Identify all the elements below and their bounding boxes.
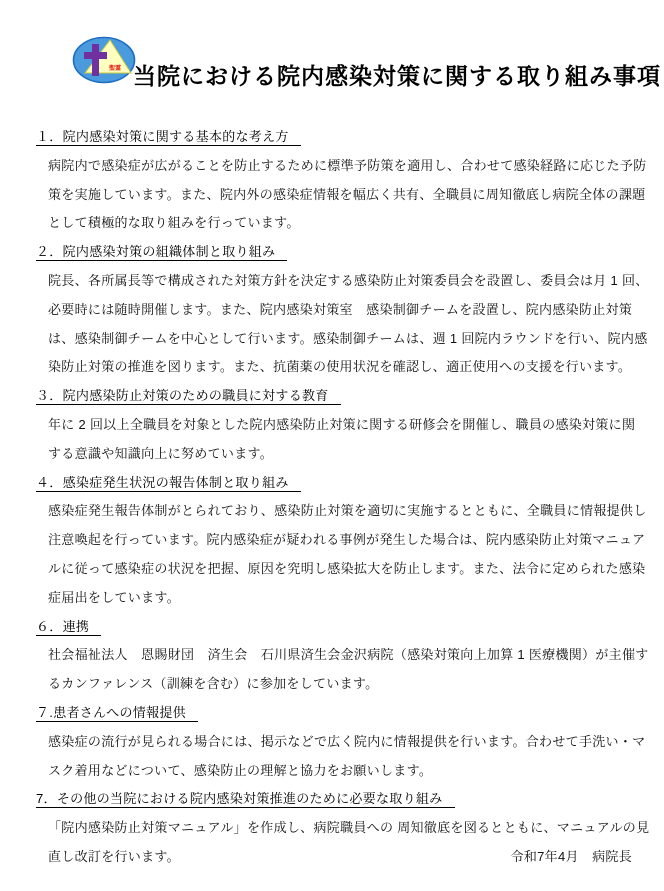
section-cooperation: ６．連携 社会福祉法人 恩賜財団 済生会 石川県済生会金沢病院（感染対策向上加算…	[48, 613, 634, 699]
body-line: 感染症発生報告体制がとられており、感染防止対策を適切に実施するとともに、全職員に…	[48, 497, 634, 526]
section-other-measures: 7．その他の当院における院内感染対策推進のために必要な取り組み 「院内感染防止対…	[48, 785, 634, 871]
section-organization: ２．院内感染対策の組織体制と取り組み 院長、各所属長等で構成された対策方針を決定…	[48, 238, 634, 382]
section-heading-text: ７.患者さんへの情報提供	[36, 705, 198, 722]
section-heading: ６．連携	[36, 613, 634, 642]
section-heading-text: ６．連携	[36, 619, 101, 636]
section-heading-text: ２．院内感染対策の組織体制と取り組み	[36, 244, 287, 261]
section-heading: ２．院内感染対策の組織体制と取り組み	[36, 238, 634, 267]
section-staff-education: ３．院内感染防止対策のための職員に対する教育 年に 2 回以上全職員を対象とした…	[48, 382, 634, 468]
section-heading-text: １．院内感染対策に関する基本的な考え方	[36, 129, 301, 146]
section-heading-text: ４．感染症発生状況の報告体制と取り組み	[36, 475, 301, 492]
body-line: 感染症の流行が見られる場合には、掲示などで広く院内に情報提供を行います。合わせて…	[48, 728, 634, 757]
body-line: ルに従って感染症の状況を把握、原因を究明し感染拡大を防止します。また、法令に定め…	[48, 555, 634, 584]
section-basic-policy: １．院内感染対策に関する基本的な考え方 病院内で感染症が広がることを防止するため…	[48, 123, 634, 238]
body-line: 院長、各所属長等で構成された対策方針を決定する感染防止対策委員会を設置し、委員会…	[48, 267, 634, 296]
body-line: スク着用などについて、感染防止の理解と協力をお願いします。	[48, 757, 634, 786]
body-line: 必要時には随時開催します。また、院内感染対策室 感染制御チームを設置し、院内感染…	[48, 296, 634, 325]
body-line: 注意喚起を行っています。院内感染症が疑われる事例が発生した場合は、院内感染防止対…	[48, 526, 634, 555]
body-line: として積極的な取り組みを行っています。	[48, 209, 634, 238]
date-signature: 令和7年4月 病院長	[511, 843, 634, 872]
document-page: 聖霊 当院における院内感染対策に関する取り組み事項 １．院内感染対策に関する基本…	[0, 0, 664, 891]
body-line: 「院内感染防止対策マニュアル」を作成し、病院職員への 周知徹底を図るとともに、マ…	[48, 814, 634, 843]
section-heading: １．院内感染対策に関する基本的な考え方	[36, 123, 634, 152]
body-line-with-signature: 直し改訂を行います。 令和7年4月 病院長	[48, 843, 634, 872]
body-line: は、感染制御チームを中心として行います。感染制御チームは、週 1 回院内ラウンド…	[48, 325, 634, 354]
body-line: 年に 2 回以上全職員を対象とした院内感染防止対策に関する研修会を開催し、職員の…	[48, 411, 634, 440]
page-title: 当院における院内感染対策に関する取り組み事項	[133, 58, 661, 91]
section-heading-text: 7．その他の当院における院内感染対策推進のために必要な取り組み	[36, 791, 455, 808]
section-heading-text: ３．院内感染防止対策のための職員に対する教育	[36, 388, 341, 405]
body-line: 策を実施しています。また、院内外の感染症情報を幅広く共有、全職員に周知徹底し病院…	[48, 181, 634, 210]
body-line: 染防止対策の推進を図ります。また、抗菌薬の使用状況を確認し、適正使用への支援を行…	[48, 353, 634, 382]
section-heading: ３．院内感染防止対策のための職員に対する教育	[36, 382, 634, 411]
section-heading: ７.患者さんへの情報提供	[36, 699, 634, 728]
section-outbreak-reporting: ４．感染症発生状況の報告体制と取り組み 感染症発生報告体制がとられており、感染防…	[48, 469, 634, 613]
section-heading: 7．その他の当院における院内感染対策推進のために必要な取り組み	[36, 785, 634, 814]
body-line: する意識や知識向上に努めています。	[48, 440, 634, 469]
body-line: 直し改訂を行います。	[48, 843, 180, 872]
document-body: １．院内感染対策に関する基本的な考え方 病院内で感染症が広がることを防止するため…	[48, 123, 634, 872]
body-line: 症届出をしています。	[48, 584, 634, 613]
body-line: るカンファレンス（訓練を含む）に参加をしています。	[48, 670, 634, 699]
section-patient-information: ７.患者さんへの情報提供 感染症の流行が見られる場合には、掲示などで広く院内に情…	[48, 699, 634, 785]
body-line: 社会福祉法人 恩賜財団 済生会 石川県済生会金沢病院（感染対策向上加算 1 医療…	[48, 641, 634, 670]
logo-text: 聖霊	[109, 64, 121, 72]
section-heading: ４．感染症発生状況の報告体制と取り組み	[36, 469, 634, 498]
body-line: 病院内で感染症が広がることを防止するために標準予防策を適用し、合わせて感染経路に…	[48, 152, 634, 181]
hospital-logo-icon: 聖霊	[72, 36, 136, 84]
